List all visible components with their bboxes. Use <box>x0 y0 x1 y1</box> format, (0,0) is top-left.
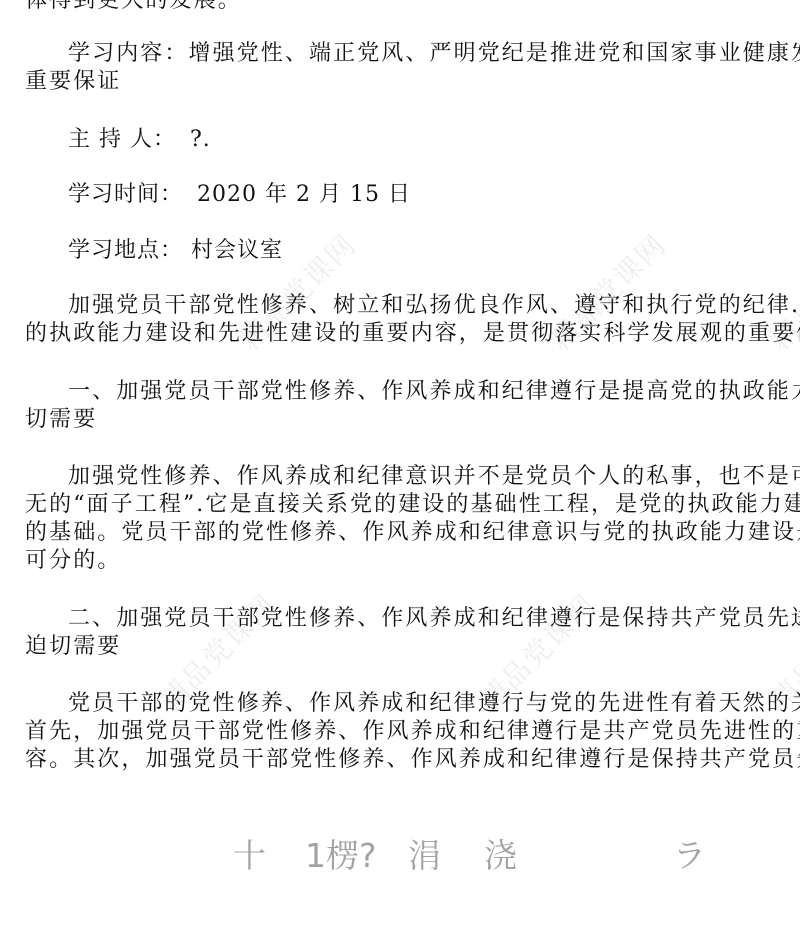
study-place-value: 村会议室 <box>191 238 283 263</box>
garbled-char: ラ <box>673 832 706 880</box>
cutoff-line: 体得到更大的发展。 <box>25 0 242 15</box>
study-place-field: 学习地点： 村会议室 <box>68 237 283 265</box>
paragraph-1-line-2: 的执政能力建设和先进性建设的重要内容，是贯彻落实科学发展观的重要保证。 <box>25 320 800 348</box>
garbled-char: 浇 <box>484 832 517 880</box>
garbled-footer: 十 1楞? 涓 浇 ラ <box>0 832 800 880</box>
garbled-char: 十 <box>233 832 266 880</box>
study-place-label: 学习地点： <box>68 238 183 263</box>
section-heading-2-line-1: 二、加强党员干部党性修养、作风养成和纪律遵行是保持共产党员先进性的 <box>68 605 800 633</box>
document-page: 精品党课网 精品党课网 精品党课网 精品党课网 精品党课网 精品党课网 体得到更… <box>0 0 800 932</box>
host-label: 主 持 人： <box>68 127 176 152</box>
host-field: 主 持 人： ?. <box>68 126 211 154</box>
paragraph-5-line-2: 首先，加强党员干部党性修养、作风养成和纪律遵行是共产党员先进性的重要内 <box>25 718 800 746</box>
paragraph-3-line-1: 加强党性修养、作风养成和纪律意识并不是党员个人的私事，也不是可有可 <box>68 463 800 491</box>
host-value: ?. <box>190 127 211 152</box>
study-time-field: 学习时间： 2020 年 2 月 15 日 <box>68 181 411 209</box>
paragraph-5-line-3: 容。其次，加强党员干部党性修养、作风养成和纪律遵行是保持共产党员先进性 <box>25 746 800 774</box>
paragraph-1-line-1: 加强党员干部党性修养、树立和弘扬优良作风、遵守和执行党的纪律.是党 <box>68 292 800 320</box>
garbled-char: 1楞? <box>305 832 377 880</box>
study-content-line-1: 学习内容：增强党性、端正党风、严明党纪是推进党和国家事业健康发展的 <box>68 40 800 68</box>
section-heading-1-line-1: 一、加强党员干部党性修养、作风养成和纪律遵行是提高党的执政能力的迫 <box>68 378 800 406</box>
section-heading-2-line-2: 迫切需要 <box>25 633 121 661</box>
garbled-char: 涓 <box>408 832 441 880</box>
study-time-value: 2020 年 2 月 15 日 <box>197 182 411 207</box>
section-heading-1-line-2: 切需要 <box>25 406 97 434</box>
paragraph-3-line-4: 可分的。 <box>25 547 121 575</box>
paragraph-5-line-1: 党员干部的党性修养、作风养成和纪律遵行与党的先进性有着天然的关联。 <box>68 690 800 718</box>
paragraph-3-line-2: 无的“面子工程”.它是直接关系党的建设的基础性工程，是党的执政能力建设 <box>25 491 800 519</box>
study-content-line-2: 重要保证 <box>25 68 121 96</box>
paragraph-3-line-3: 的基础。党员干部的党性修养、作风养成和纪律意识与党的执政能力建设是密不 <box>25 519 800 547</box>
study-time-label: 学习时间： <box>68 182 183 207</box>
